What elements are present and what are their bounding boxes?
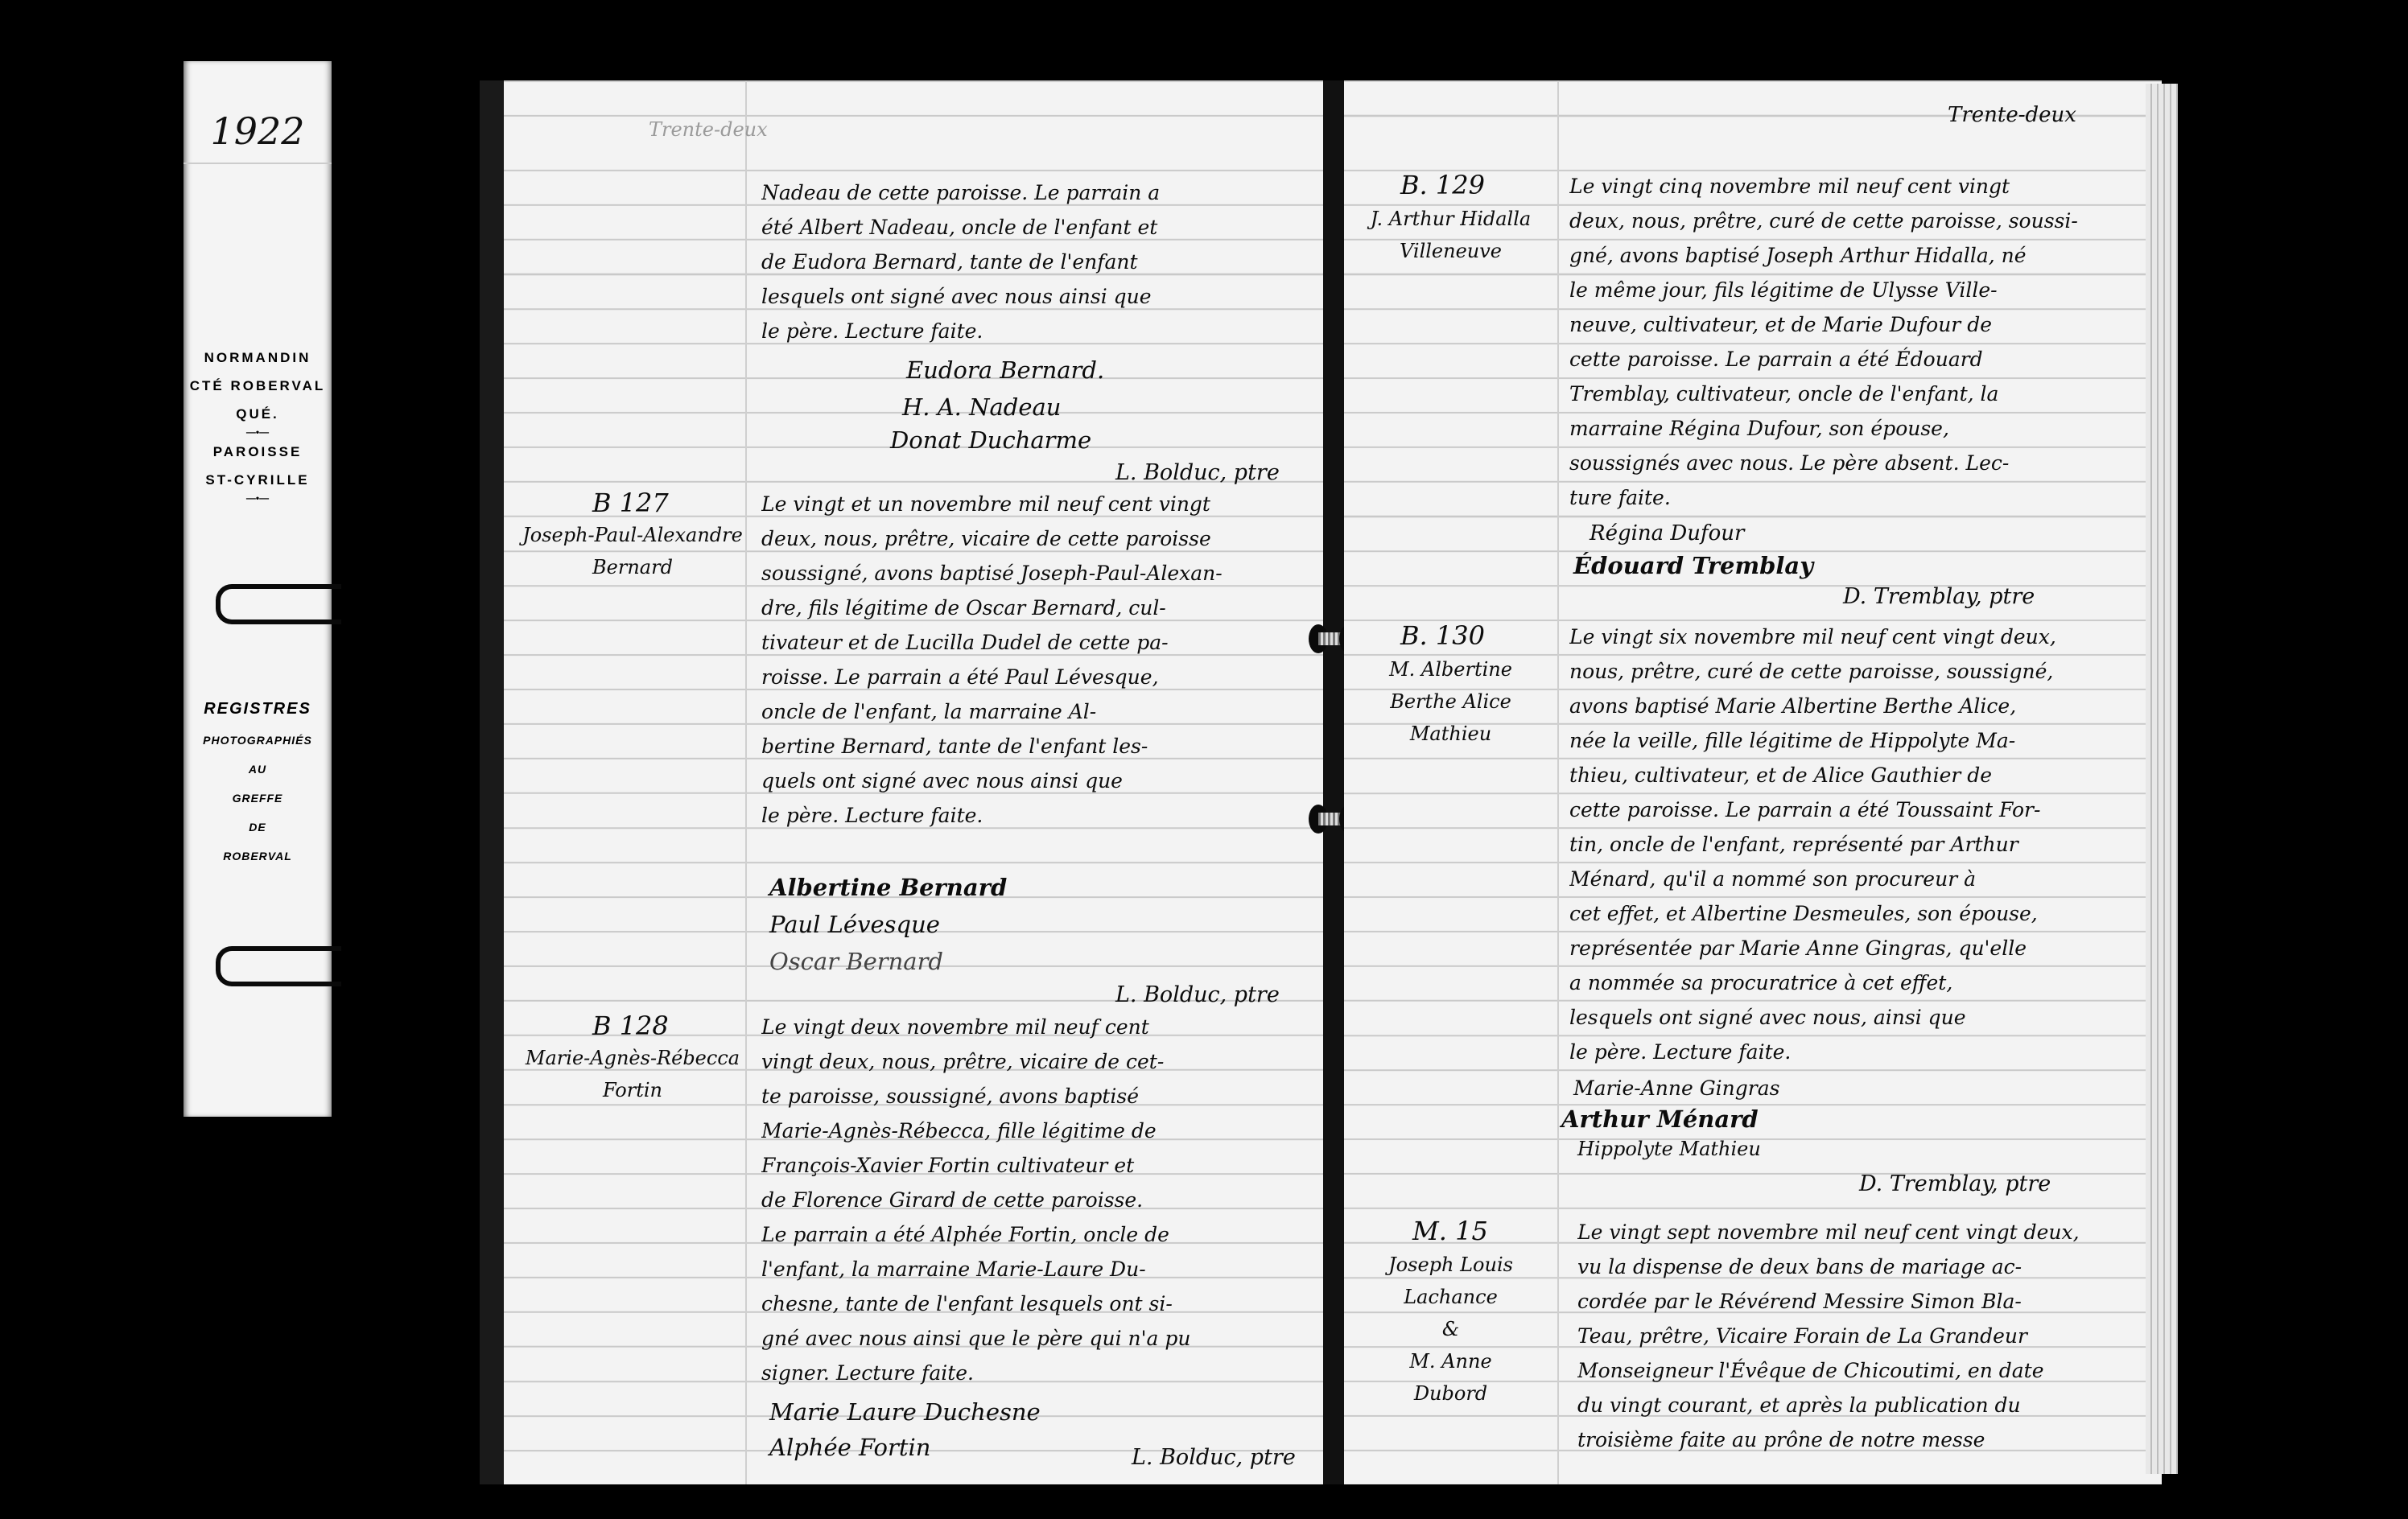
label-registry-1: REGISTRES — [183, 701, 332, 717]
margin-name-line: & — [1344, 1313, 1557, 1345]
paper-clip-icon — [216, 946, 341, 986]
entry-number: M. 15 — [1412, 1215, 1488, 1247]
priest-signature: L. Bolduc, ptre — [1115, 978, 1280, 1012]
text-line: de Florence Girard de cette paroisse. — [761, 1183, 1190, 1217]
entry-text: Le vingt et un novembre mil neuf cent vi… — [761, 487, 1223, 833]
entry-margin-name: Marie-Agnès-Rébecca Fortin — [520, 1042, 745, 1106]
text-line: Ménard, qu'il a nommé son procureur à — [1569, 862, 2056, 896]
text-line: Teau, prêtre, Vicaire Forain de La Grand… — [1577, 1319, 2080, 1353]
faint-bleedthrough-header: Trente-deux — [649, 113, 768, 147]
text-line: Le vingt deux novembre mil neuf cent — [761, 1010, 1190, 1044]
label-dash: —•— — [183, 427, 332, 437]
text-line: roisse. Le parrain a été Paul Lévesque, — [761, 660, 1223, 694]
margin-name-line: Lachance — [1344, 1281, 1557, 1313]
signature: Eudora Bernard. — [906, 352, 1104, 389]
margin-rule — [745, 80, 747, 1484]
text-line: thieu, cultivateur, et de Alice Gauthier… — [1569, 758, 2056, 792]
entry-text: Le vingt sept novembre mil neuf cent vin… — [1577, 1215, 2080, 1457]
text-line: Le parrain a été Alphée Fortin, oncle de — [761, 1217, 1190, 1252]
text-line: le père. Lecture faite. — [1569, 1035, 2056, 1069]
text-line: vu la dispense de deux bans de mariage a… — [1577, 1249, 2080, 1284]
entry-text: Le vingt six novembre mil neuf cent ving… — [1569, 620, 2056, 1069]
text-line: quels ont signé avec nous ainsi que — [761, 764, 1223, 798]
margin-name-line: Berthe Alice — [1344, 685, 1557, 718]
entry-margin-name: Joseph Louis Lachance & M. Anne Dubord — [1344, 1249, 1557, 1410]
label-location-block: NORMANDIN CTÉ ROBERVAL QUÉ. —•— PAROISSE… — [183, 351, 332, 511]
signature: H. A. Nadeau — [902, 389, 1061, 426]
priest-signature: L. Bolduc, ptre — [1132, 1440, 1296, 1475]
priest-signature: D. Tremblay, ptre — [1843, 579, 2035, 614]
text-line: de Eudora Bernard, tante de l'enfant — [761, 245, 1160, 279]
margin-name-line: Marie-Agnès-Rébecca — [520, 1042, 745, 1074]
margin-name-line: M. Anne — [1344, 1345, 1557, 1377]
text-line: deux, nous, prêtre, curé de cette parois… — [1569, 204, 2078, 238]
margin-name-line: Joseph-Paul-Alexandre — [520, 519, 745, 551]
margin-name-line: M. Albertine — [1344, 653, 1557, 685]
entry-text: Le vingt cinq novembre mil neuf cent vin… — [1569, 169, 2078, 515]
text-line: Nadeau de cette paroisse. Le parrain a — [761, 175, 1160, 210]
text-line: le père. Lecture faite. — [761, 798, 1223, 833]
text-line: le père. Lecture faite. — [761, 314, 1160, 348]
text-line: lesquels ont signé avec nous ainsi que — [761, 279, 1160, 314]
margin-name-line: Mathieu — [1344, 718, 1557, 750]
text-line: cet effet, et Albertine Desmeules, son é… — [1569, 896, 2056, 931]
text-line: vingt deux, nous, prêtre, vicaire de cet… — [761, 1044, 1190, 1079]
text-line: gné, avons baptisé Joseph Arthur Hidalla… — [1569, 238, 2078, 273]
signature: Marie Laure Duchesne — [769, 1393, 1041, 1430]
text-line: bertine Bernard, tante de l'enfant les- — [761, 729, 1223, 764]
entry-number: B 128 — [592, 1010, 669, 1042]
text-line: tivateur et de Lucilla Dudel de cette pa… — [761, 625, 1223, 660]
text-line: ture faite. — [1569, 480, 2078, 515]
text-line: cette paroisse. Le parrain a été Toussai… — [1569, 792, 2056, 827]
entry-number: B. 130 — [1400, 620, 1485, 652]
text-line: Monseigneur l'Évêque de Chicoutimi, en d… — [1577, 1353, 2080, 1388]
priest-signature: L. Bolduc, ptre — [1115, 455, 1280, 490]
label-parish-1: PAROISSE — [183, 445, 332, 459]
text-line: Le vingt sept novembre mil neuf cent vin… — [1577, 1215, 2080, 1249]
margin-name-line: Dubord — [1344, 1377, 1557, 1410]
margin-name-line: Joseph Louis — [1344, 1249, 1557, 1281]
text-line: signer. Lecture faite. — [761, 1356, 1190, 1390]
signature: Hippolyte Mathieu — [1577, 1130, 1761, 1167]
label-dash: —•— — [183, 493, 332, 503]
signature: Albertine Bernard — [769, 869, 1007, 906]
right-page: Trente-deux B. 129 J. Arthur Hidalla Vil… — [1344, 80, 2162, 1484]
text-line: avons baptisé Marie Albertine Berthe Ali… — [1569, 689, 2056, 723]
text-line: oncle de l'enfant, la marraine Al- — [761, 694, 1223, 729]
signature: Donat Ducharme — [890, 422, 1091, 459]
text-line: Le vingt cinq novembre mil neuf cent vin… — [1569, 169, 2078, 204]
margin-name-line: Fortin — [520, 1074, 745, 1106]
priest-signature: D. Tremblay, ptre — [1859, 1167, 2051, 1201]
text-line: dre, fils légitime de Oscar Bernard, cul… — [761, 591, 1223, 625]
signature: Édouard Tremblay — [1573, 547, 1813, 584]
text-line: née la veille, fille légitime de Hippoly… — [1569, 723, 2056, 758]
text-line: deux, nous, prêtre, vicaire de cette par… — [761, 521, 1223, 556]
paper-clip-icon — [216, 584, 341, 624]
text-line: Le vingt six novembre mil neuf cent ving… — [1569, 620, 2056, 654]
text-line: chesne, tante de l'enfant lesquels ont s… — [761, 1286, 1190, 1321]
text-line: a nommée sa procuratrice à cet effet, — [1569, 965, 2056, 1000]
text-line: gné avec nous ainsi que le père qui n'a … — [761, 1321, 1190, 1356]
text-line: tin, oncle de l'enfant, représenté par A… — [1569, 827, 2056, 862]
signature: Oscar Bernard — [769, 943, 943, 980]
margin-name-line: J. Arthur Hidalla — [1344, 203, 1557, 235]
left-page: Trente-deux Nadeau de cette paroisse. Le… — [480, 80, 1347, 1484]
text-line: François-Xavier Fortin cultivateur et — [761, 1148, 1190, 1183]
text-line: le même jour, fils légitime de Ulysse Vi… — [1569, 273, 2078, 307]
label-province: QUÉ. — [183, 407, 332, 421]
label-registry-block: REGISTRES PHOTOGRAPHIÉS AU GREFFE DE ROB… — [183, 701, 332, 879]
archive-label-strip: 1922 NORMANDIN CTÉ ROBERVAL QUÉ. —•— PAR… — [183, 61, 332, 1117]
text-line: te paroisse, soussigné, avons baptisé — [761, 1079, 1190, 1114]
text-line: cette paroisse. Le parrain a été Édouard — [1569, 342, 2078, 377]
signature: Paul Lévesque — [769, 906, 940, 943]
text-line: l'enfant, la marraine Marie-Laure Du- — [761, 1252, 1190, 1286]
book-spine — [1323, 80, 1344, 1484]
text-line: Le vingt et un novembre mil neuf cent vi… — [761, 487, 1223, 521]
entry-margin-name: M. Albertine Berthe Alice Mathieu — [1344, 653, 1557, 750]
margin-name-line: Villeneuve — [1344, 235, 1557, 267]
text-line: Marie-Agnès-Rébecca, fille légitime de — [761, 1114, 1190, 1148]
signature: Alphée Fortin — [769, 1429, 930, 1466]
text-line: été Albert Nadeau, oncle de l'enfant et — [761, 210, 1160, 245]
margin-rule — [1557, 80, 1559, 1484]
text-line: nous, prêtre, curé de cette paroisse, so… — [1569, 654, 2056, 689]
text-line: du vingt courant, et après la publicatio… — [1577, 1388, 2080, 1422]
text-line: représentée par Marie Anne Gingras, qu'e… — [1569, 931, 2056, 965]
text-line: lesquels ont signé avec nous, ainsi que — [1569, 1000, 2056, 1035]
label-registry-5: DE — [183, 821, 332, 833]
text-line: troisième faite au prône de notre messe — [1577, 1422, 2080, 1457]
entry-margin-name: J. Arthur Hidalla Villeneuve — [1344, 203, 1557, 267]
page-header: Trente-deux — [1948, 98, 2076, 133]
entry-number: B 127 — [592, 487, 669, 519]
entry-number: B. 129 — [1400, 169, 1485, 201]
label-registry-6: ROBERVAL — [183, 850, 332, 862]
register-book: Trente-deux Nadeau de cette paroisse. Le… — [480, 80, 2178, 1484]
label-divider — [183, 163, 332, 164]
entry-text: Le vingt deux novembre mil neuf cent vin… — [761, 1010, 1190, 1390]
label-county: CTÉ ROBERVAL — [183, 379, 332, 393]
text-line: soussignés avec nous. Le père absent. Le… — [1569, 446, 2078, 480]
text-line: neuve, cultivateur, et de Marie Dufour d… — [1569, 307, 2078, 342]
text-line: marraine Régina Dufour, son épouse, — [1569, 411, 2078, 446]
text-line: soussigné, avons baptisé Joseph-Paul-Ale… — [761, 556, 1223, 591]
page-edge-stack — [2146, 84, 2178, 1474]
label-registry-3: AU — [183, 764, 332, 775]
label-registry-2: PHOTOGRAPHIÉS — [183, 735, 332, 746]
margin-name-line: Bernard — [520, 551, 745, 583]
text-line: cordée par le Révérend Messire Simon Bla… — [1577, 1284, 2080, 1319]
entry-margin-name: Joseph-Paul-Alexandre Bernard — [520, 519, 745, 583]
label-year: 1922 — [183, 109, 332, 153]
text-line: Tremblay, cultivateur, oncle de l'enfant… — [1569, 377, 2078, 411]
continuation-text: Nadeau de cette paroisse. Le parrain a é… — [761, 175, 1160, 348]
label-town: NORMANDIN — [183, 351, 332, 364]
label-registry-4: GREFFE — [183, 792, 332, 804]
label-parish-2: ST-CYRILLE — [183, 473, 332, 487]
